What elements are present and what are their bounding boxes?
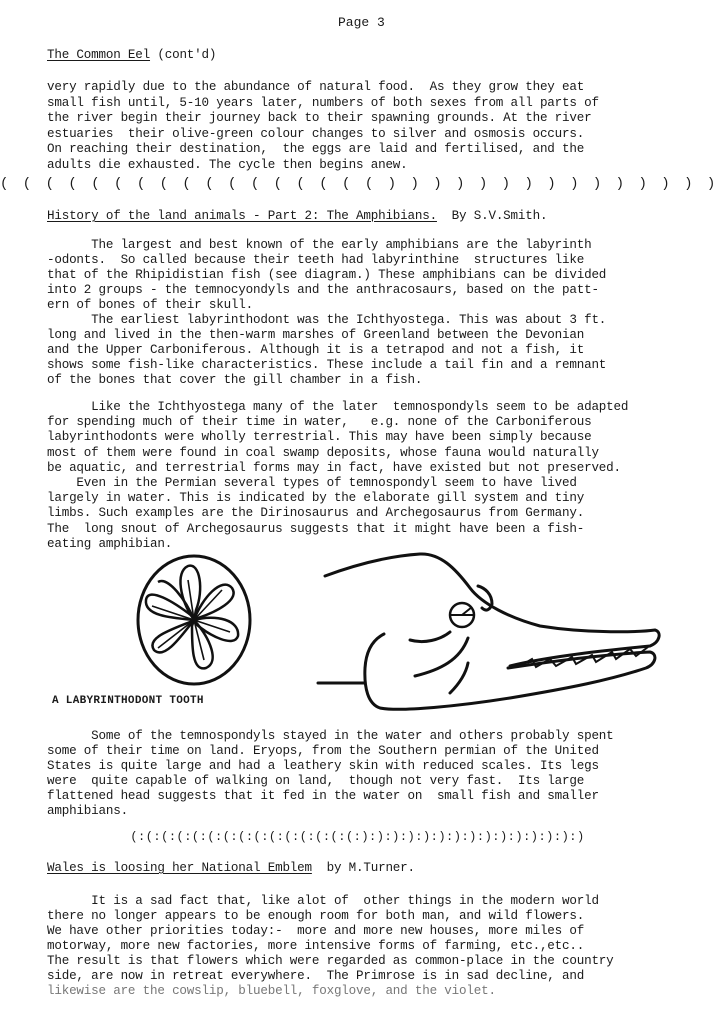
- text-line: most of them were found in coal swamp de…: [47, 446, 692, 461]
- wales-heading-line: Wales is loosing her National Emblem by …: [47, 861, 692, 876]
- separator-colons: (:(:(:(:(:(:(:(:(:(:(:(:(:(:(:):):):):):…: [0, 830, 715, 844]
- text-line: The result is that flowers which were re…: [47, 954, 692, 969]
- text-line: On reaching their destination, the eggs …: [47, 142, 692, 157]
- eel-heading-suffix: (cont'd): [150, 48, 216, 62]
- wales-byline: by M.Turner.: [327, 861, 415, 875]
- separator-parentheses: ( ( ( ( ( ( ( ( ( ( ( ( ( ( ( ( ( ) ) ) …: [0, 176, 715, 192]
- text-line: for spending much of their time in water…: [47, 415, 692, 430]
- text-line: labyrinthodonts were wholly terrestrial.…: [47, 430, 692, 445]
- text-line: ern of bones of their skull.: [47, 298, 692, 313]
- text-line: It is a sad fact that, like alot of othe…: [47, 894, 692, 909]
- text-line: estuaries their olive-green colour chang…: [47, 127, 692, 142]
- text-line: shows some fish-like characteristics. Th…: [47, 358, 692, 373]
- text-line: into 2 groups - the temnocyondyls and th…: [47, 283, 692, 298]
- text-line: largely in water. This is indicated by t…: [47, 491, 692, 506]
- typewritten-page: Page 3 The Common Eel (cont'd) very rapi…: [0, 0, 715, 1015]
- text-line: amphibians.: [47, 804, 692, 819]
- text-line: very rapidly due to the abundance of nat…: [47, 80, 692, 95]
- text-line: and the Upper Carboniferous. Although it…: [47, 343, 692, 358]
- text-line: We have other priorities today:- more an…: [47, 924, 692, 939]
- figure-caption: A LABYRINTHODONT TOOTH: [52, 695, 204, 707]
- text-line: limbs. Such examples are the Dirinosauru…: [47, 506, 692, 521]
- text-line: Like the Ichthyostega many of the later …: [47, 400, 692, 415]
- text-line: flattened head suggests that it fed in t…: [47, 789, 692, 804]
- text-line: of the bones that cover the gill chamber…: [47, 373, 692, 388]
- text-line: The long snout of Archegosaurus suggests…: [47, 522, 692, 537]
- text-line: were quite capable of walking on land, t…: [47, 774, 692, 789]
- text-line: motorway, more new factories, more inten…: [47, 939, 692, 954]
- text-line: -odonts. So called because their teeth h…: [47, 253, 692, 268]
- text-line: States is quite large and had a leathery…: [47, 759, 692, 774]
- text-line: that of the Rhipidistian fish (see diagr…: [47, 268, 692, 283]
- labyrinthodont-tooth-illustration: [130, 550, 260, 690]
- amphibians-heading-line: History of the land animals - Part 2: Th…: [47, 209, 692, 224]
- text-line: Even in the Permian several types of tem…: [47, 476, 692, 491]
- eel-heading: The Common Eel: [47, 48, 150, 62]
- amphibian-head-illustration: [310, 548, 690, 718]
- text-line: likewise are the cowslip, bluebell, foxg…: [47, 984, 692, 999]
- amphibians-heading: History of the land animals - Part 2: Th…: [47, 209, 437, 223]
- text-line: small fish until, 5-10 years later, numb…: [47, 96, 692, 111]
- text-line: The earliest labyrinthodont was the Icht…: [47, 313, 692, 328]
- amphibians-byline: By S.V.Smith.: [452, 209, 548, 223]
- text-line: be aquatic, and terrestrial forms may in…: [47, 461, 692, 476]
- text-line: The largest and best known of the early …: [47, 238, 692, 253]
- text-line: the river begin their journey back to th…: [47, 111, 692, 126]
- eel-heading-line: The Common Eel (cont'd): [47, 48, 692, 63]
- wales-heading: Wales is loosing her National Emblem: [47, 861, 312, 875]
- text-line: side, are now in retreat everywhere. The…: [47, 969, 692, 984]
- page-number: Page 3: [338, 15, 385, 30]
- text-line: long and lived in the then-warm marshes …: [47, 328, 692, 343]
- text-line: there no longer appears to be enough roo…: [47, 909, 692, 924]
- text-line: adults die exhausted. The cycle then beg…: [47, 158, 692, 173]
- text-line: some of their time on land. Eryops, from…: [47, 744, 692, 759]
- text-line: Some of the temnospondyls stayed in the …: [47, 729, 692, 744]
